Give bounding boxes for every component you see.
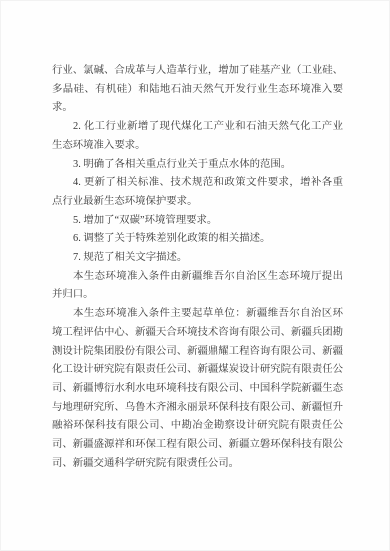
paragraph: 2. 化工行业新增了现代煤化工产业和石油天然气化工产业生态环境准入要求。: [52, 118, 343, 155]
document-body: 行业、氯碱、合成革与人造革行业，增加了硅基产业（工业硅、多晶硅、有机硅）和陆地石…: [52, 62, 343, 473]
paragraph: 6. 调整了关于特殊差别化政策的相关描述。: [52, 230, 343, 249]
paragraph: 4. 更新了相关标准、技术规范和政策文件要求，增补各重点行业最新生态环境保护要求…: [52, 174, 343, 211]
document-page: 行业、氯碱、合成革与人造革行业，增加了硅基产业（工业硅、多晶硅、有机硅）和陆地石…: [0, 0, 390, 551]
paragraph: 5. 增加了“双碳”环境管理要求。: [52, 212, 343, 231]
page-number: - 2 -: [0, 456, 390, 464]
paragraph: 7. 规范了相关文字描述。: [52, 249, 343, 268]
paragraph: 3. 明确了各相关重点行业关于重点水体的范围。: [52, 156, 343, 175]
paragraph: 行业、氯碱、合成革与人造革行业，增加了硅基产业（工业硅、多晶硅、有机硅）和陆地石…: [52, 62, 343, 118]
paragraph: 本生态环境准入条件由新疆维吾尔自治区生态环境厅提出并归口。: [52, 268, 343, 305]
paragraph: 本生态环境准入条件主要起草单位：新疆维吾尔自治区环境工程评估中心、新疆天合环境技…: [52, 305, 343, 473]
